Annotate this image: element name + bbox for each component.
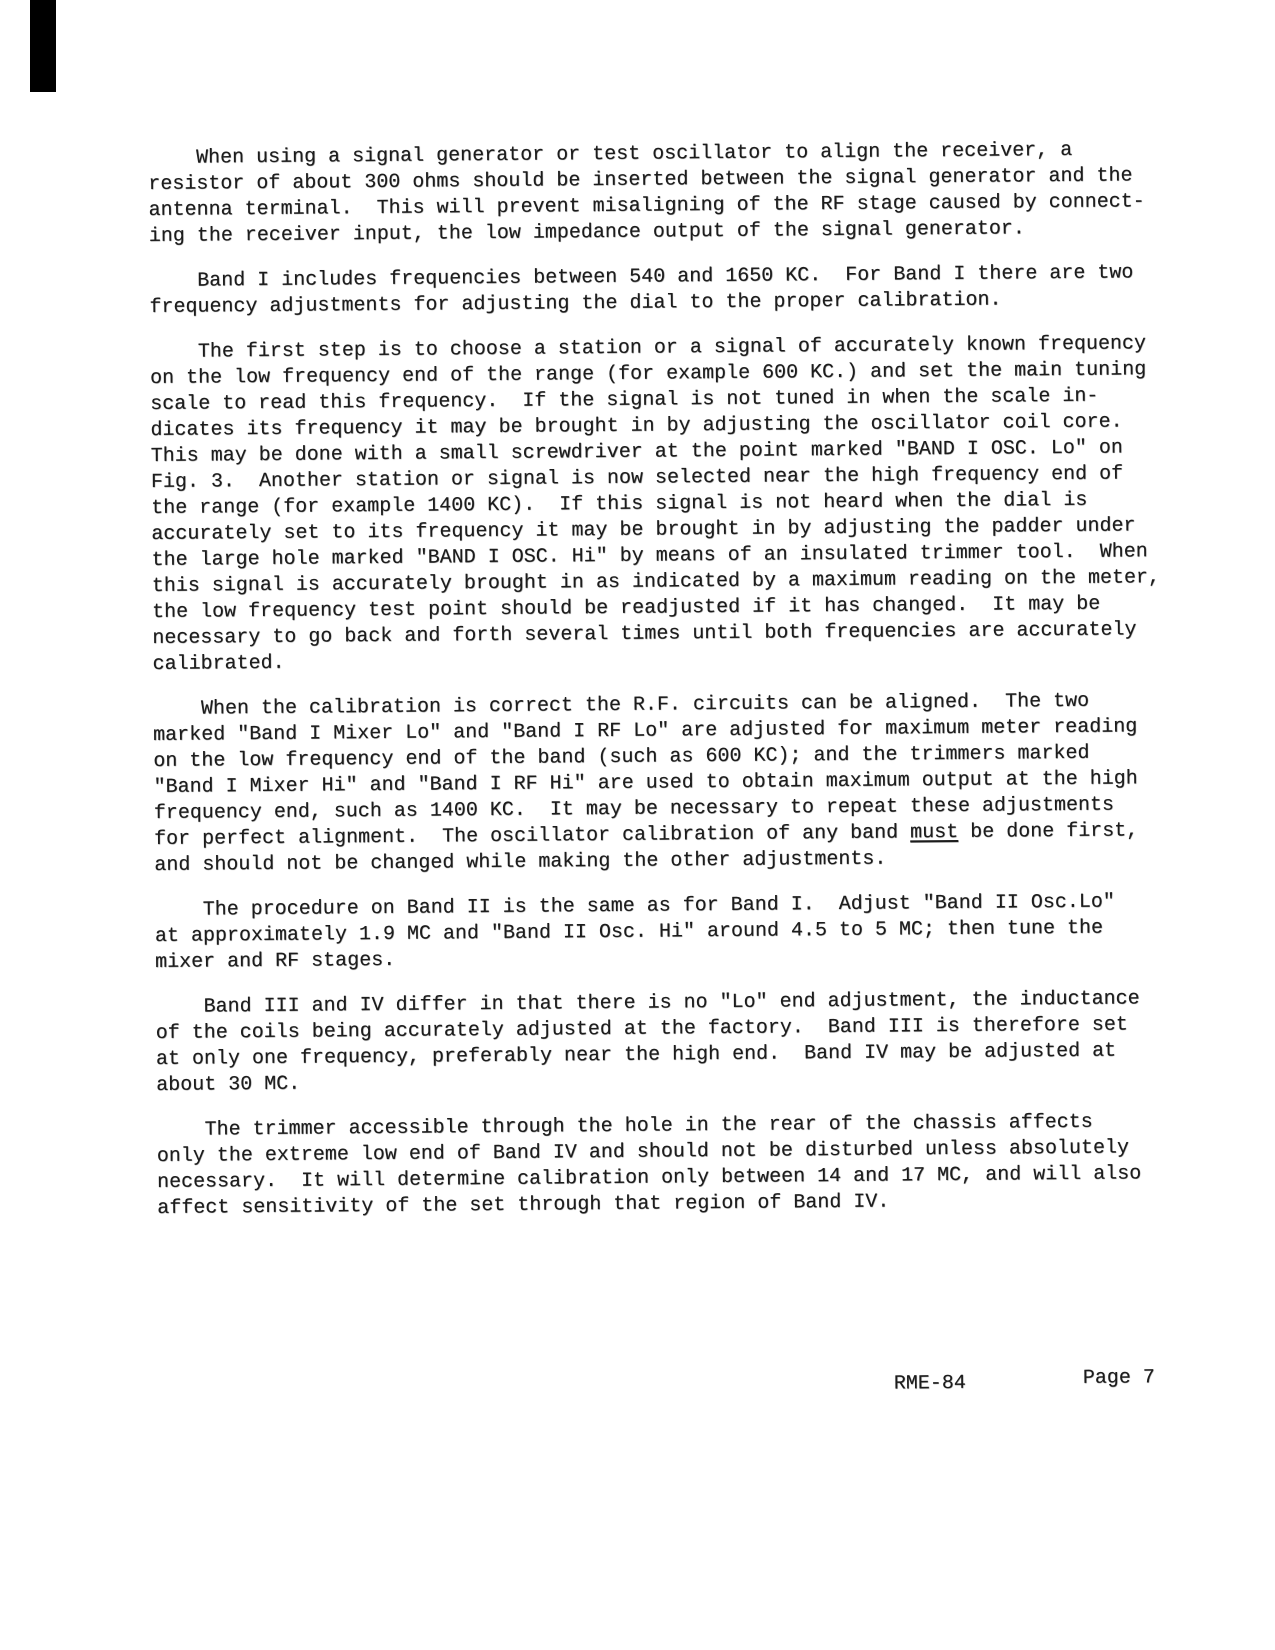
paragraph-2: Band I includes frequencies between 540 … [149,260,1209,321]
paragraph-6: Band III and IV differ in that there is … [155,986,1216,1099]
paragraph-3: The first step is to choose a station or… [150,331,1213,678]
paragraph-1: When using a signal generator or test os… [148,137,1209,250]
scan-artifact-mark [30,0,56,92]
document-id-label: RME-84 [894,1371,966,1398]
paragraph-5: The procedure on Band II is the same as … [155,889,1216,976]
paragraph-7: The trimmer accessible through the hole … [156,1109,1217,1222]
paragraph-4: When the calibration is correct the R.F.… [153,688,1215,879]
scanned-manual-page: When using a signal generator or test os… [0,0,1275,1650]
document-body: When using a signal generator or test os… [148,137,1220,1546]
page-number-label: Page 7 [1083,1365,1155,1392]
